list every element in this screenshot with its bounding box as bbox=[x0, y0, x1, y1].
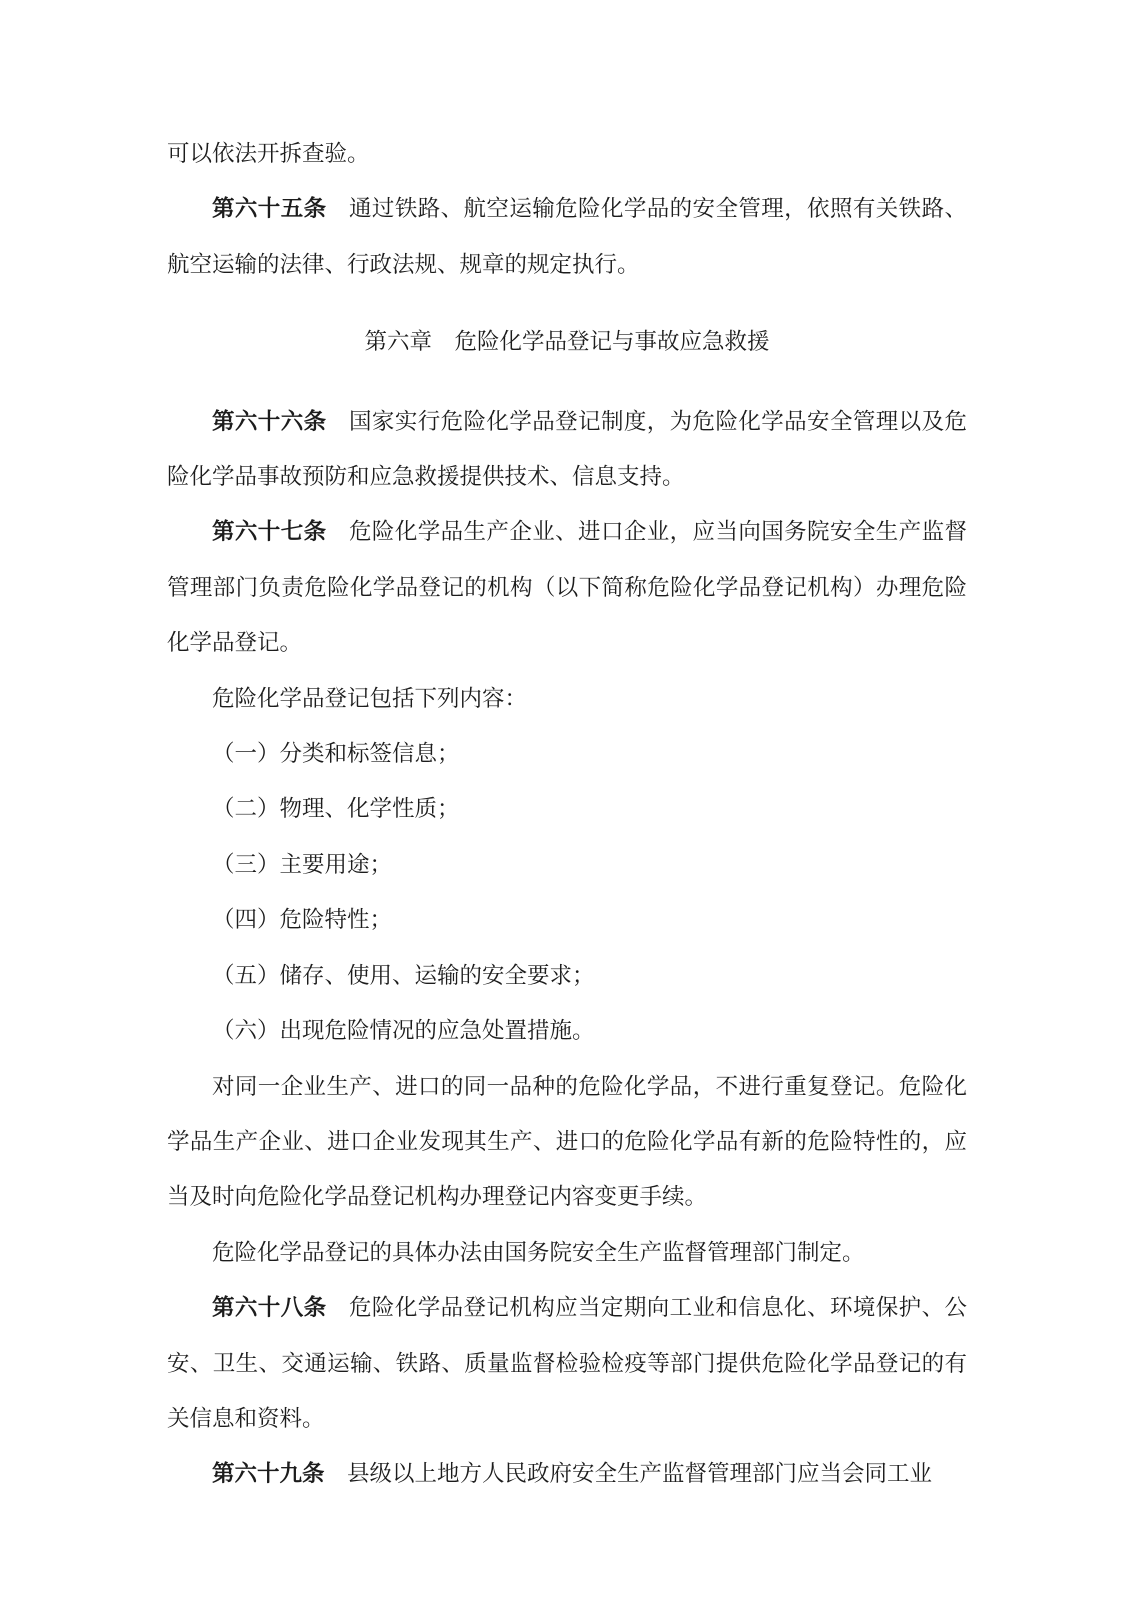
list-item-4: （四）危险特性； bbox=[167, 892, 967, 947]
article-68-number: 第六十八条 bbox=[212, 1295, 327, 1320]
article-67-number: 第六十七条 bbox=[212, 519, 327, 544]
list-item-2: （二）物理、化学性质； bbox=[167, 781, 967, 836]
list-item-5: （五）储存、使用、运输的安全要求； bbox=[167, 948, 967, 1003]
article-65-paragraph: 第六十五条通过铁路、航空运输危险化学品的安全管理，依照有关铁路、航空运输的法律、… bbox=[167, 181, 967, 292]
list-item-1: （一）分类和标签信息； bbox=[167, 726, 967, 781]
article-65-number: 第六十五条 bbox=[212, 196, 327, 221]
article-69-text: 县级以上地方人民政府安全生产监督管理部门应当会同工业 bbox=[347, 1461, 932, 1486]
article-69-number: 第六十九条 bbox=[212, 1461, 325, 1486]
article-69-paragraph: 第六十九条县级以上地方人民政府安全生产监督管理部门应当会同工业 bbox=[167, 1446, 967, 1501]
paragraph-continuation: 可以依法开拆查验。 bbox=[167, 126, 967, 181]
article-68-paragraph: 第六十八条危险化学品登记机构应当定期向工业和信息化、环境保护、公安、卫生、交通运… bbox=[167, 1280, 967, 1446]
list-item-6: （六）出现危险情况的应急处置措施。 bbox=[167, 1003, 967, 1058]
chapter-6-title: 危险化学品登记与事故应急救援 bbox=[455, 329, 770, 354]
article-66-number: 第六十六条 bbox=[212, 409, 327, 434]
paragraph-no-duplicate-registration: 对同一企业生产、进口的同一品种的危险化学品，不进行重复登记。危险化学品生产企业、… bbox=[167, 1059, 967, 1225]
article-66-paragraph: 第六十六条国家实行危险化学品登记制度，为危险化学品安全管理以及危险化学品事故预防… bbox=[167, 394, 967, 505]
chapter-6-heading: 第六章危险化学品登记与事故应急救援 bbox=[167, 314, 967, 369]
chapter-6-number: 第六章 bbox=[364, 329, 432, 354]
registration-contents-intro: 危险化学品登记包括下列内容： bbox=[167, 671, 967, 726]
list-item-3: （三）主要用途； bbox=[167, 837, 967, 892]
paragraph-registration-measures: 危险化学品登记的具体办法由国务院安全生产监督管理部门制定。 bbox=[167, 1225, 967, 1280]
article-67-paragraph: 第六十七条危险化学品生产企业、进口企业，应当向国务院安全生产监督管理部门负责危险… bbox=[167, 504, 967, 670]
document-page: 可以依法开拆查验。 第六十五条通过铁路、航空运输危险化学品的安全管理，依照有关铁… bbox=[0, 0, 1132, 1600]
document-body: 可以依法开拆查验。 第六十五条通过铁路、航空运输危险化学品的安全管理，依照有关铁… bbox=[167, 126, 967, 1502]
